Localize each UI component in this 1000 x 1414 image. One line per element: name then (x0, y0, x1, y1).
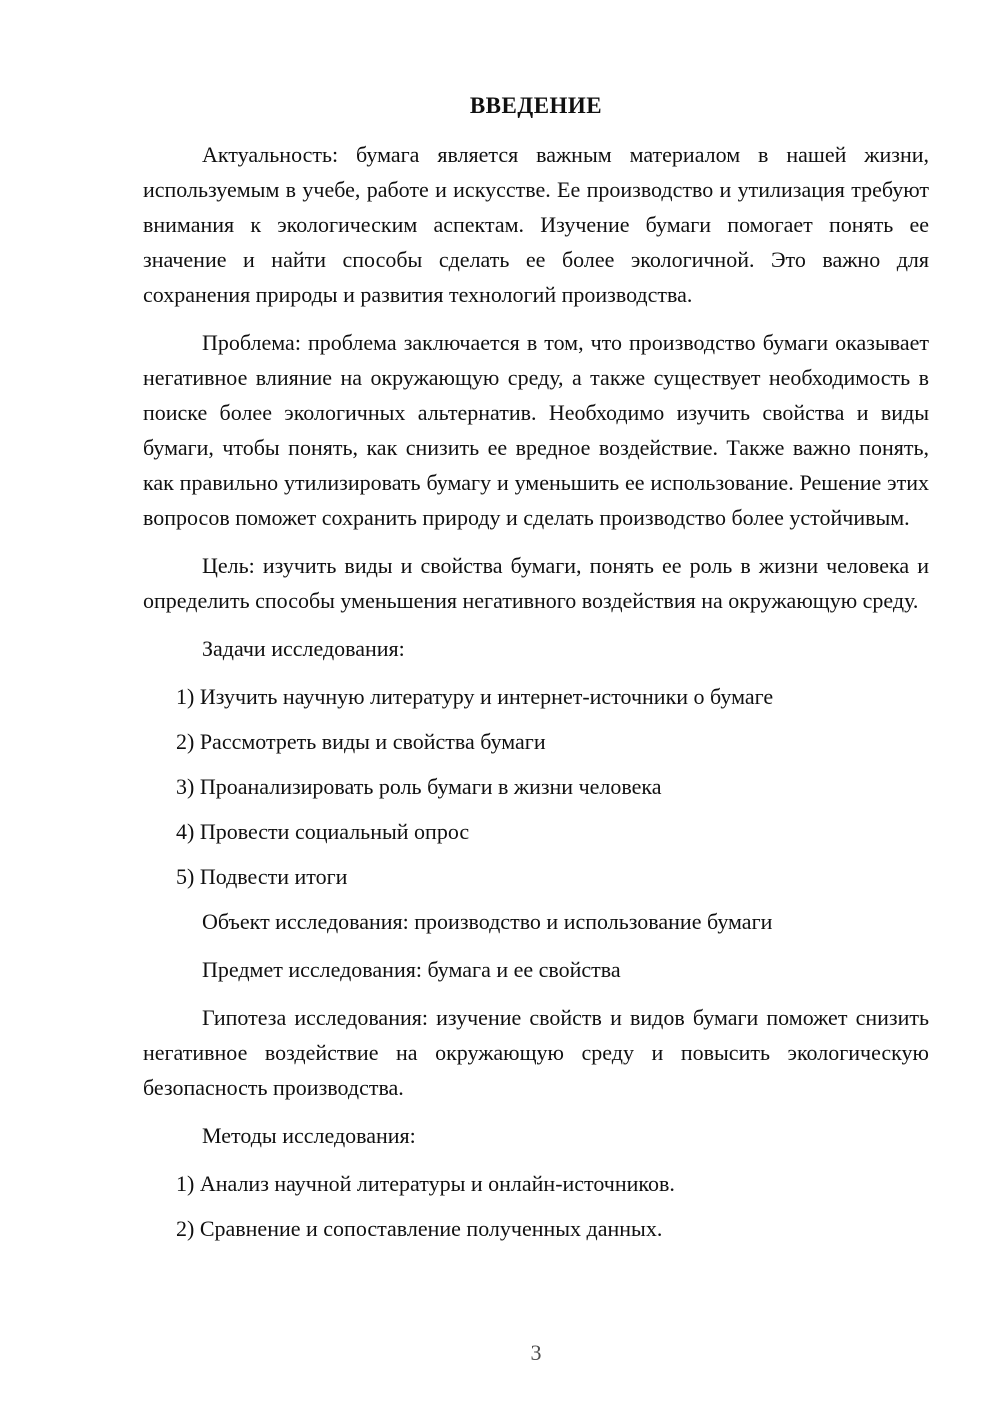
method-item-2: 2) Сравнение и сопоставление полученных … (143, 1211, 929, 1246)
paragraph-subject: Предмет исследования: бумага и ее свойст… (143, 952, 929, 987)
paragraph-problem: Проблема: проблема заключается в том, чт… (143, 325, 929, 535)
task-item-2: 2) Рассмотреть виды и свойства бумаги (143, 724, 929, 759)
method-item-1: 1) Анализ научной литературы и онлайн-ис… (143, 1166, 929, 1201)
task-item-4: 4) Провести социальный опрос (143, 814, 929, 849)
task-item-3: 3) Проанализировать роль бумаги в жизни … (143, 769, 929, 804)
task-item-1: 1) Изучить научную литературу и интернет… (143, 679, 929, 714)
paragraph-object: Объект исследования: производство и испо… (143, 904, 929, 939)
document-page: ВВЕДЕНИЕ Актуальность: бумага является в… (0, 0, 1000, 1414)
page-footer: 3 (143, 1335, 929, 1370)
paragraph-hypothesis: Гипотеза исследования: изучение свойств … (143, 1000, 929, 1105)
task-item-5: 5) Подвести итоги (143, 859, 929, 894)
paragraph-relevance: Актуальность: бумага является важным мат… (143, 137, 929, 312)
page-number: 3 (531, 1340, 542, 1365)
paragraph-goal: Цель: изучить виды и свойства бумаги, по… (143, 548, 929, 618)
page-title: ВВЕДЕНИЕ (143, 88, 929, 123)
methods-heading: Методы исследования: (143, 1118, 929, 1153)
tasks-heading: Задачи исследования: (143, 631, 929, 666)
